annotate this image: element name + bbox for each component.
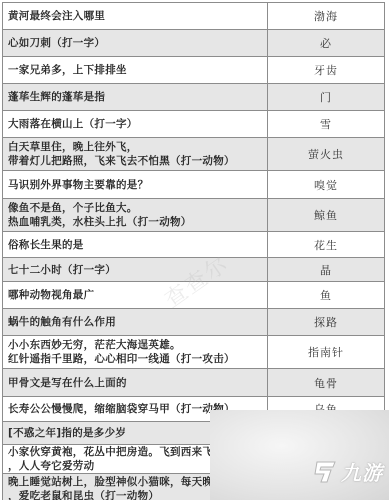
answer-cell: 嗅觉 <box>268 171 384 198</box>
question-line: 热血哺乳类，水柱头上扎（打一动物） <box>8 215 262 229</box>
answer-cell: 鲸鱼 <box>268 199 384 231</box>
question-cell: 蜗牛的触角有什么作用 <box>3 309 268 335</box>
table-row: 心如刀刺（打一字）必 <box>3 29 384 56</box>
answer-cell: 探路 <box>268 309 384 335</box>
answer-cell: 渤海 <box>268 3 384 29</box>
answer-cell: 指南针 <box>268 336 384 368</box>
table-row: 像鱼不是鱼，个子比鱼大。热血哺乳类，水柱头上扎（打一动物）鲸鱼 <box>3 198 384 231</box>
question-line: 蜗牛的触角有什么作用 <box>8 315 262 329</box>
answer-cell: 晶 <box>268 258 384 281</box>
answer-cell: 必 <box>268 30 384 56</box>
question-cell: 马识别外界事物主要靠的是？ <box>3 171 268 198</box>
table-row: 大雨落在横山上（打一字）雪 <box>3 110 384 137</box>
question-line: 红针遥指千里路，心心相印一线通（打一攻击） <box>8 352 262 366</box>
nine-game-logo-icon <box>309 460 337 484</box>
table-row: 七十二小时（打一字）晶 <box>3 257 384 281</box>
question-cell: 蓬荜生辉的蓬荜是指 <box>3 84 268 110</box>
question-line: 大雨落在横山上（打一字） <box>8 117 262 131</box>
question-cell: 大雨落在横山上（打一字） <box>3 111 268 137</box>
answer-cell: 门 <box>268 84 384 110</box>
answer-cell: 萤火虫 <box>268 138 384 170</box>
question-cell: 俗称长生果的是 <box>3 232 268 257</box>
answer-cell: 牙齿 <box>268 57 384 83</box>
question-line: 白天草里住，晚上往外飞， <box>8 140 262 154</box>
answer-cell: 花生 <box>268 232 384 257</box>
question-line: 马识别外界事物主要靠的是？ <box>8 178 262 192</box>
question-line: 黄河最终会注入哪里 <box>8 9 262 23</box>
question-line: 一家兄弟多，上下排排坐 <box>8 63 262 77</box>
question-cell: 白天草里住，晚上往外飞，带着灯儿把路照，飞来飞去不怕黑（打一动物） <box>3 138 268 170</box>
question-cell: 一家兄弟多，上下排排坐 <box>3 57 268 83</box>
answer-cell: 龟骨 <box>268 369 384 396</box>
question-line: 俗称长生果的是 <box>8 238 262 252</box>
table-row: 蓬荜生辉的蓬荜是指门 <box>3 83 384 110</box>
table-row: 黄河最终会注入哪里渤海 <box>3 2 384 29</box>
question-cell: 黄河最终会注入哪里 <box>3 3 268 29</box>
answer-cell: 雪 <box>268 111 384 137</box>
answer-cell: 鱼 <box>268 282 384 308</box>
question-cell: 甲骨文是写在什么上面的 <box>3 369 268 396</box>
table-row: 甲骨文是写在什么上面的龟骨 <box>3 368 384 396</box>
question-cell: 小小东西妙无穷，茫茫大海逞英雄。红针遥指千里路，心心相印一线通（打一攻击） <box>3 336 268 368</box>
brand-name: 九游 <box>341 457 383 486</box>
question-line: 蓬荜生辉的蓬荜是指 <box>8 90 262 104</box>
question-line: 带着灯儿把路照，飞来飞去不怕黑（打一动物） <box>8 154 262 168</box>
brand-logo: 九游 <box>309 457 383 486</box>
question-cell: 哪种动物视角最广 <box>3 282 268 308</box>
table-row: 俗称长生果的是花生 <box>3 231 384 257</box>
question-line: 哪种动物视角最广 <box>8 288 262 302</box>
question-cell: 七十二小时（打一字） <box>3 258 268 281</box>
table-row: 蜗牛的触角有什么作用探路 <box>3 308 384 335</box>
logo-overlay: 九游 <box>210 410 389 500</box>
question-line: 心如刀刺（打一字） <box>8 36 262 50</box>
question-line: 七十二小时（打一字） <box>8 263 262 277</box>
question-cell: 心如刀刺（打一字） <box>3 30 268 56</box>
question-cell: 像鱼不是鱼，个子比鱼大。热血哺乳类，水柱头上扎（打一动物） <box>3 199 268 231</box>
table-row: 马识别外界事物主要靠的是？嗅觉 <box>3 170 384 198</box>
question-line: 像鱼不是鱼，个子比鱼大。 <box>8 201 262 215</box>
question-line: 小小东西妙无穷，茫茫大海逞英雄。 <box>8 338 262 352</box>
table-row: 哪种动物视角最广鱼 <box>3 281 384 308</box>
table-row: 白天草里住，晚上往外飞，带着灯儿把路照，飞来飞去不怕黑（打一动物）萤火虫 <box>3 137 384 170</box>
table-row: 一家兄弟多，上下排排坐牙齿 <box>3 56 384 83</box>
question-line: 甲骨文是写在什么上面的 <box>8 376 262 390</box>
table-row: 小小东西妙无穷，茫茫大海逞英雄。红针遥指千里路，心心相印一线通（打一攻击）指南针 <box>3 335 384 368</box>
